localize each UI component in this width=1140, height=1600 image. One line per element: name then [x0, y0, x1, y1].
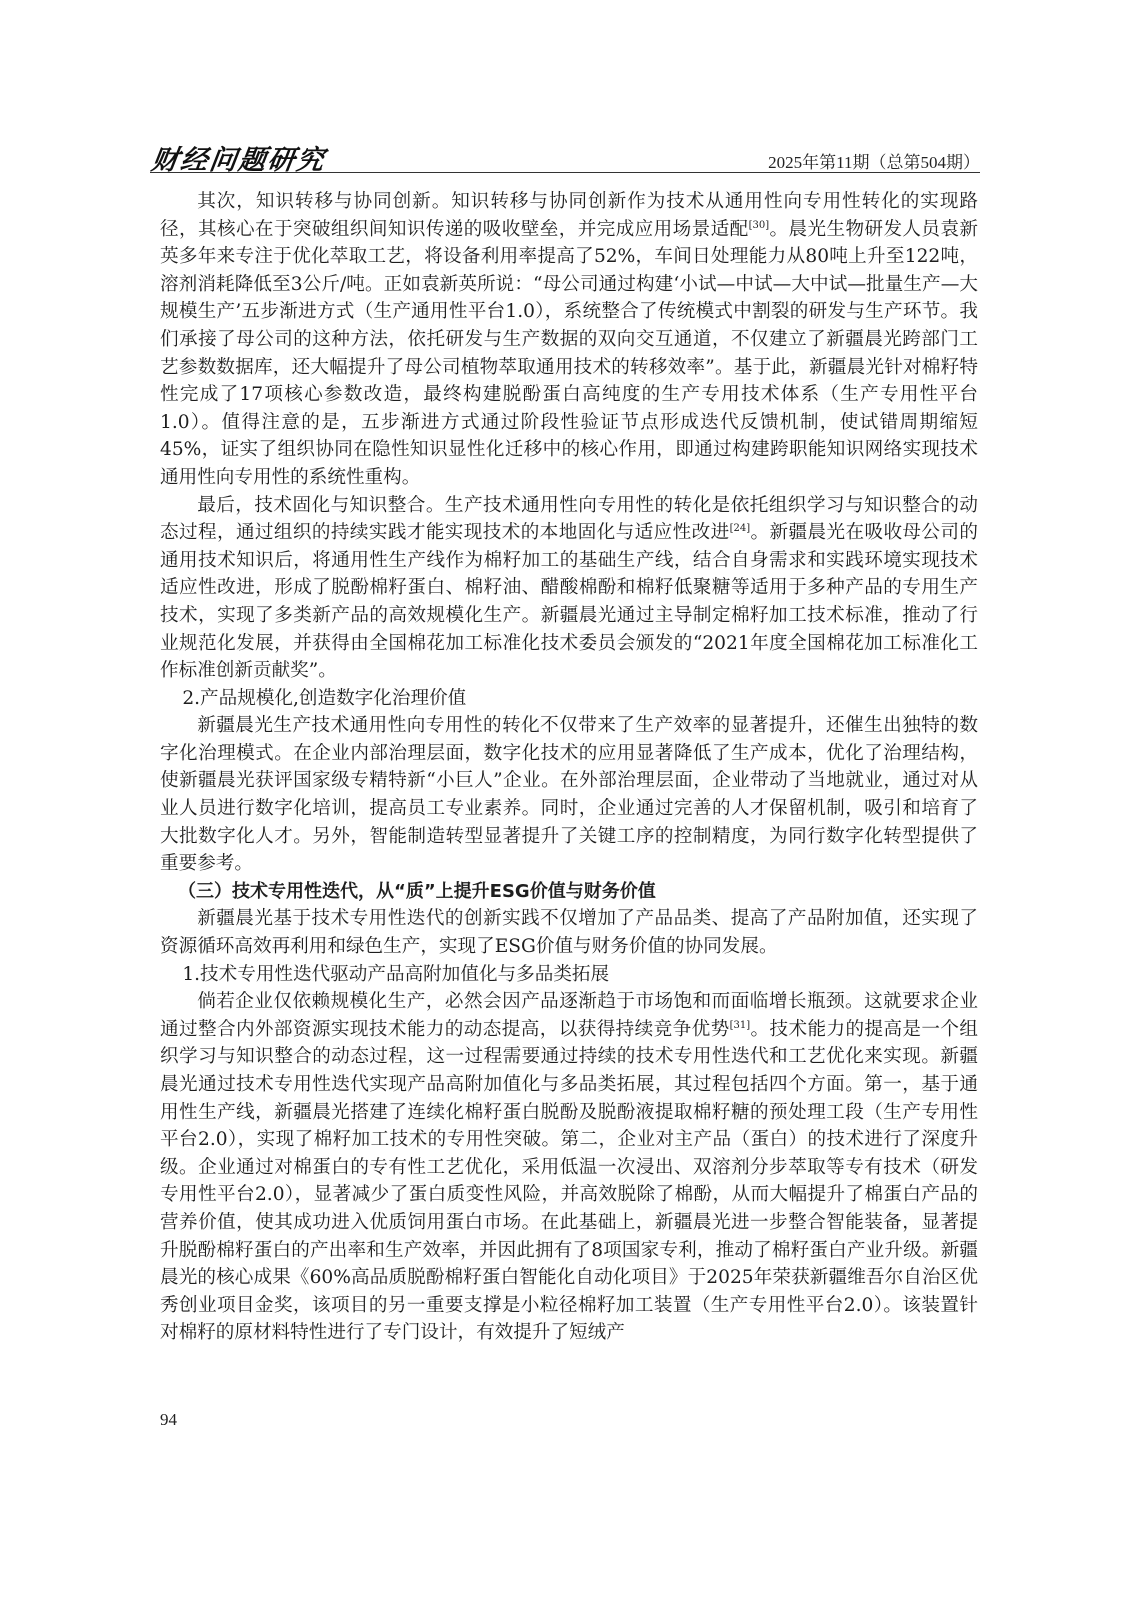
paragraph-product-value: 倘若企业仅依赖规模化生产，必然会因产品逐渐趋于市场饱和而面临增长瓶颈。这就要求企…	[160, 988, 978, 1347]
section-heading: （三）技术专用性迭代，从“质”上提升ESG价值与财务价值	[160, 878, 978, 906]
paragraph-knowledge-transfer: 其次，知识转移与协同创新。知识转移与协同创新作为技术从通用性向专用性转化的实现路…	[160, 188, 978, 492]
citation: [24]	[730, 523, 751, 534]
citation: [31]	[730, 1020, 751, 1031]
paragraph-digital-governance: 新疆晨光生产技术通用性向专用性的转化不仅带来了生产效率的显著提升，还催生出独特的…	[160, 712, 978, 878]
paragraph-esg-intro: 新疆晨光基于技术专用性迭代的创新实践不仅增加了产品品类、提高了产品附加值，还实现…	[160, 905, 978, 960]
issue-info: 2025年第11期（总第504期）	[768, 148, 980, 173]
citation: [30]	[749, 219, 770, 230]
subsection-heading: 2.产品规模化,创造数字化治理价值	[160, 685, 978, 713]
subsection-heading: 1.技术专用性迭代驱动产品高附加值化与多品类拓展	[160, 961, 978, 989]
paragraph-technology-solidification: 最后，技术固化与知识整合。生产技术通用性向专用性的转化是依托组织学习与知识整合的…	[160, 492, 978, 685]
page-number: 94	[160, 1410, 177, 1430]
header-rule	[150, 172, 980, 173]
article-body: 其次，知识转移与协同创新。知识转移与协同创新作为技术从通用性向专用性转化的实现路…	[160, 188, 978, 1347]
journal-page: 财经问题研究 2025年第11期（总第504期） 其次，知识转移与协同创新。知识…	[0, 0, 1140, 1600]
